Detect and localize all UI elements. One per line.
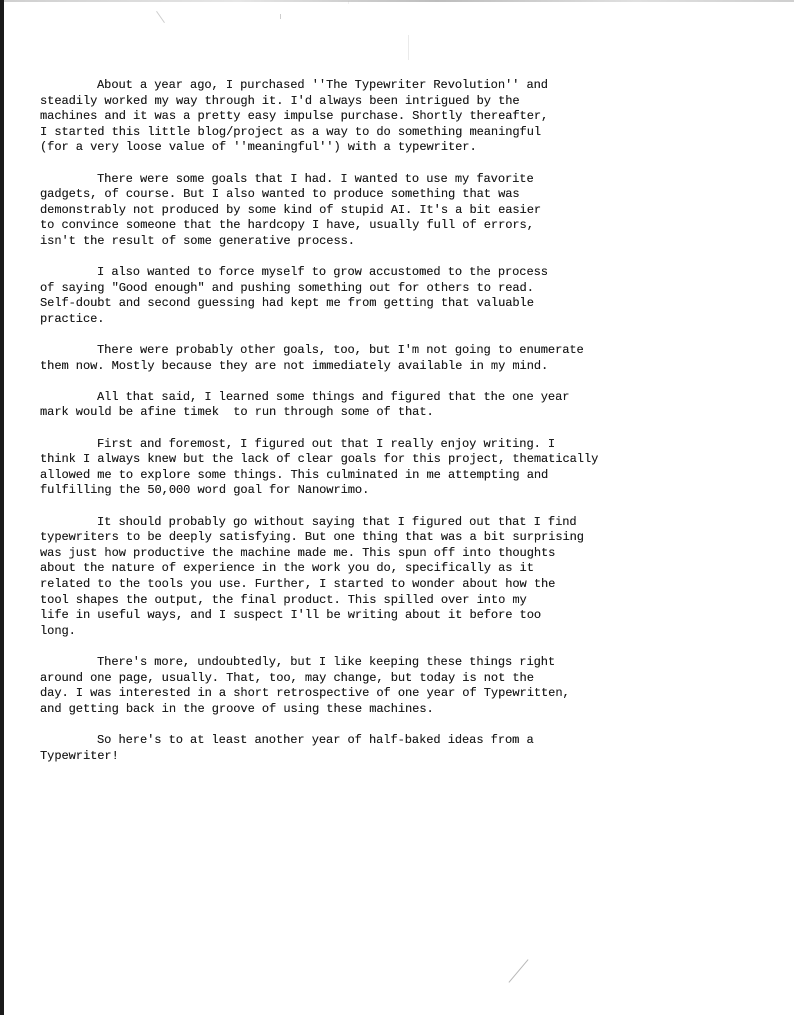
text-line: life in useful ways, and I suspect I'll … [40,608,780,624]
text-line: isn't the result of some generative proc… [40,234,780,250]
text-line: allowed me to explore some things. This … [40,468,780,484]
stray-mark [156,11,165,23]
text-line: day. I was interested in a short retrosp… [40,686,780,702]
stray-mark [280,14,281,19]
text-line: (for a very loose value of ''meaningful'… [40,140,780,156]
typed-letter-body: About a year ago, I purchased ''The Type… [40,78,780,780]
text-line: to convince someone that the hardcopy I … [40,218,780,234]
paragraph: All that said, I learned some things and… [40,390,780,421]
text-line: tool shapes the output, the final produc… [40,593,780,609]
text-line: steadily worked my way through it. I'd a… [40,94,780,110]
paragraph-first-line: About a year ago, I purchased ''The Type… [40,78,780,94]
stray-pencil-mark [508,959,528,983]
text-line: long. [40,624,780,640]
paragraph: There were some goals that I had. I want… [40,172,780,250]
scan-left-edge [0,0,4,1015]
paragraph-first-line: So here's to at least another year of ha… [40,733,780,749]
text-line: related to the tools you use. Further, I… [40,577,780,593]
paragraph: There's more, undoubtedly, but I like ke… [40,655,780,717]
paragraph: It should probably go without saying tha… [40,515,780,640]
paragraph: About a year ago, I purchased ''The Type… [40,78,780,156]
text-line: and getting back in the groove of using … [40,702,780,718]
scanned-page: About a year ago, I purchased ''The Type… [0,0,794,1023]
text-line: mark would be afine timek to run through… [40,405,780,421]
paragraph: I also wanted to force myself to grow ac… [40,265,780,327]
paragraph-first-line: There were probably other goals, too, bu… [40,343,780,359]
paragraph: There were probably other goals, too, bu… [40,343,780,374]
text-line: typewriters to be deeply satisfying. But… [40,530,780,546]
paragraph: First and foremost, I figured out that I… [40,437,780,499]
text-line: of saying "Good enough" and pushing some… [40,281,780,297]
scan-top-edge [0,0,794,2]
text-line: around one page, usually. That, too, may… [40,671,780,687]
paragraph-first-line: There were some goals that I had. I want… [40,172,780,188]
paragraph-first-line: All that said, I learned some things and… [40,390,780,406]
text-line: demonstrably not produced by some kind o… [40,203,780,219]
text-line: Typewriter! [40,749,780,765]
text-line: think I always knew but the lack of clea… [40,452,780,468]
text-line: them now. Mostly because they are not im… [40,359,780,375]
text-line: practice. [40,312,780,328]
paragraph: So here's to at least another year of ha… [40,733,780,764]
paragraph-first-line: I also wanted to force myself to grow ac… [40,265,780,281]
text-line: about the nature of experience in the wo… [40,561,780,577]
text-line: gadgets, of course. But I also wanted to… [40,187,780,203]
stray-mark [408,35,409,60]
text-line: Self-doubt and second guessing had kept … [40,296,780,312]
stray-mark [348,1,349,4]
text-line: fulfilling the 50,000 word goal for Nano… [40,483,780,499]
text-line: machines and it was a pretty easy impuls… [40,109,780,125]
paragraph-first-line: First and foremost, I figured out that I… [40,437,780,453]
paragraph-first-line: There's more, undoubtedly, but I like ke… [40,655,780,671]
paragraph-first-line: It should probably go without saying tha… [40,515,780,531]
text-line: was just how productive the machine made… [40,546,780,562]
text-line: I started this little blog/project as a … [40,125,780,141]
